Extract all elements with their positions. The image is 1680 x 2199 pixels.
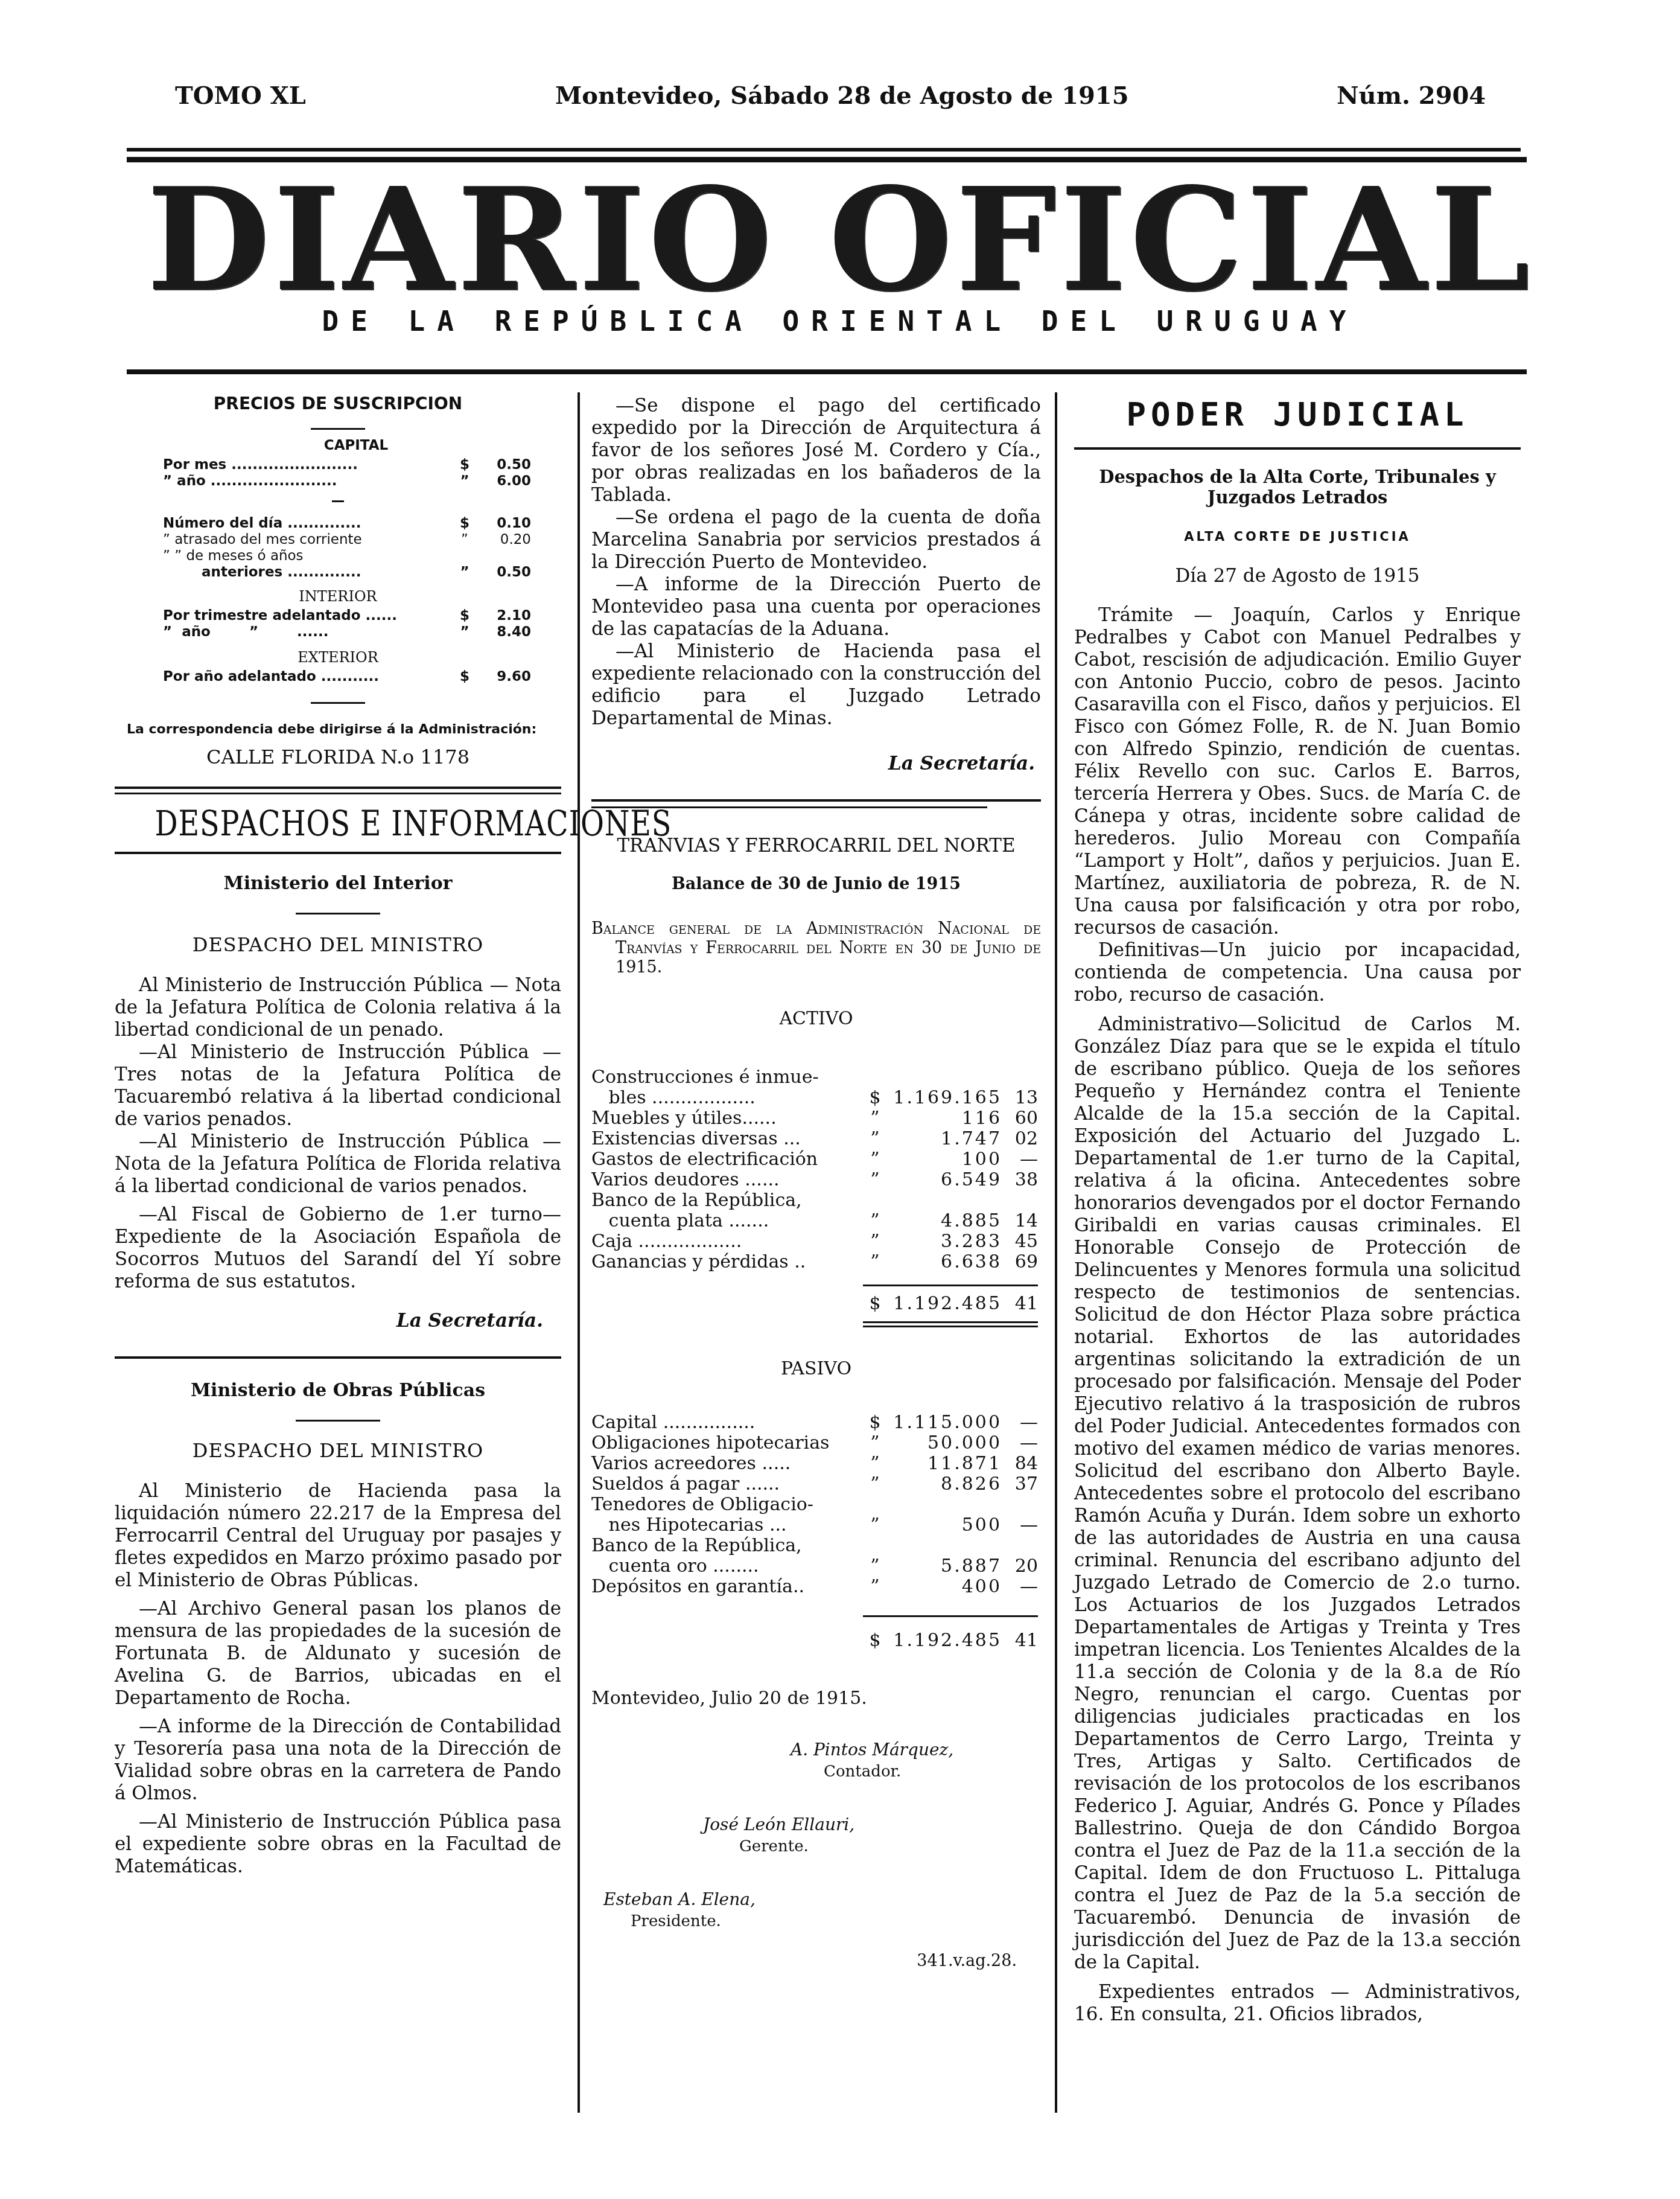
table-row: Banco de la República, <box>591 1190 1041 1211</box>
dispatch-paragraph: —A informe de la Dirección Puerto de Mon… <box>591 573 1041 640</box>
middle-column: —Se dispone el pago del certificado expe… <box>591 386 1041 1972</box>
signatory-role: Gerente. <box>703 1836 1041 1858</box>
signatory-contador: A. Pintos Márquez, Contador. <box>591 1738 1041 1783</box>
signatory-name: José León Ellauri, <box>703 1813 1041 1836</box>
dispatch-paragraph: Definitivas—Un juicio por incapacidad, c… <box>1074 939 1521 1006</box>
price-row: Por mes ........................$0.50 <box>163 457 531 473</box>
publication-reference: 341.v.ag.28. <box>591 1950 1041 1972</box>
table-row: Gastos de electrificación”100— <box>591 1149 1041 1170</box>
poder-judicial-subtitle: Despachos de la Alta Corte, Tribunales y… <box>1074 467 1521 508</box>
despacho-ministro-heading: DESPACHO DEL MINISTRO <box>115 1440 561 1462</box>
dispatch-paragraph: Trámite — Joaquín, Carlos y Enrique Pedr… <box>1074 604 1521 939</box>
pasivo-heading: PASIVO <box>591 1358 1041 1380</box>
activo-heading: ACTIVO <box>591 1007 1041 1030</box>
tranvias-title: TRANVIAS Y FERROCARRIL DEL NORTE <box>591 835 1041 857</box>
masthead-rule-lower <box>127 369 1527 374</box>
table-row: Ganancias y pérdidas ..”6.63869 <box>591 1252 1041 1272</box>
total-rule <box>863 1326 1038 1327</box>
volume-label: TOMO XL <box>175 81 306 110</box>
obras-dispatches-continued: —Se dispone el pago del certificado expe… <box>591 395 1041 730</box>
issue-price-list: Número del día ..............$0.10 ” atr… <box>115 502 561 581</box>
divider <box>311 428 365 430</box>
price-row: ” ” de meses ó años <box>163 548 531 564</box>
signatory-name: Esteban A. Elena, <box>603 1888 1041 1910</box>
issue-number: Núm. 2904 <box>1337 81 1486 110</box>
interior-price-list: Por trimestre adelantado ......$2.10 ” a… <box>115 608 561 640</box>
secretaria-signature: La Secretaría. <box>115 1310 561 1332</box>
interior-heading: INTERIOR <box>115 586 561 608</box>
section-rule <box>115 1356 561 1359</box>
table-row: Muebles y útiles......”11660 <box>591 1108 1041 1129</box>
court-day: Día 27 de Agosto de 1915 <box>1074 565 1521 587</box>
alta-corte-heading: ALTA CORTE DE JUSTICIA <box>1074 526 1521 548</box>
pasivo-total-row: $1.192.48541 <box>591 1630 1041 1651</box>
issue-meta-line: TOMO XL Montevideo, Sábado 28 de Agosto … <box>0 81 1680 118</box>
price-row: ” atrasado del mes corriente”0.20 <box>163 532 531 548</box>
balance-description: Balance general de la Administración Nac… <box>591 919 1041 977</box>
dispatch-paragraph: Al Ministerio de Hacienda pasa la liquid… <box>115 1480 561 1592</box>
correspondence-note: La correspondencia debe dirigirse á la A… <box>115 722 561 738</box>
capital-heading: CAPITAL <box>115 435 561 457</box>
section-title-despachos: DESPACHOS E INFORMACIONES <box>155 812 521 835</box>
ministry-interior-heading: Ministerio del Interior <box>115 872 561 895</box>
pasivo-table: Capital ................$1.115.000— Obli… <box>591 1412 1041 1651</box>
secretaria-signature: La Secretaría. <box>591 753 1041 775</box>
section-rule <box>115 793 561 794</box>
poder-judicial-title: PODER JUDICIAL <box>1074 403 1521 426</box>
dispatch-paragraph: —Al Ministerio de Instrucción Pública — … <box>115 1041 561 1131</box>
dispatch-paragraph: —A informe de la Dirección de Contabilid… <box>115 1715 561 1805</box>
total-rule <box>863 1321 1038 1323</box>
signatory-presidente: Esteban A. Elena, Presidente. <box>591 1888 1041 1933</box>
masthead-rule-top <box>127 148 1521 152</box>
table-row: Existencias diversas ...”1.74702 <box>591 1129 1041 1149</box>
table-row: Caja ..................”3.28345 <box>591 1231 1041 1252</box>
exterior-heading: EXTERIOR <box>115 646 561 669</box>
balance-date: Balance de 30 de Junio de 1915 <box>591 873 1041 895</box>
dispatch-paragraph: —Se dispone el pago del certificado expe… <box>591 395 1041 506</box>
table-row: Capital ................$1.115.000— <box>591 1412 1041 1433</box>
section-rule <box>591 806 987 808</box>
subscription-title: PRECIOS DE SUSCRIPCION <box>115 392 561 415</box>
section-rule <box>1074 447 1521 450</box>
table-row: Varios deudores ......”6.54938 <box>591 1170 1041 1190</box>
section-rule <box>115 852 561 854</box>
table-row: Construcciones é inmue- <box>591 1067 1041 1088</box>
table-row: cuenta oro ........”5.88720 <box>591 1556 1041 1577</box>
signatory-role: Contador. <box>791 1761 1041 1783</box>
signatory-gerente: José León Ellauri, Gerente. <box>591 1813 1041 1858</box>
divider <box>311 702 365 704</box>
divider <box>296 913 380 914</box>
ministry-obras-heading: Ministerio de Obras Públicas <box>115 1379 561 1402</box>
section-rule <box>591 799 1041 802</box>
dispatch-paragraph: —Al Ministerio de Instrucción Pública — … <box>115 1131 561 1198</box>
price-row: Por trimestre adelantado ......$2.10 <box>163 608 531 624</box>
price-row: Número del día ..............$0.10 <box>163 515 531 532</box>
price-row: Por año adelantado ...........$9.60 <box>163 669 531 685</box>
despacho-ministro-heading: DESPACHO DEL MINISTRO <box>115 934 561 956</box>
total-rule <box>863 1285 1038 1286</box>
dispatch-paragraph: —Al Fiscal de Gobierno de 1.er turno— Ex… <box>115 1204 561 1293</box>
price-row: ” año ........................”6.00 <box>163 473 531 490</box>
dispatch-paragraph: —Al Archivo General pasan los planos de … <box>115 1598 561 1709</box>
dispatch-paragraph: —Al Ministerio de Hacienda pasa el exped… <box>591 640 1041 730</box>
table-row: Tenedores de Obligacio- <box>591 1495 1041 1515</box>
interior-dispatches: Al Ministerio de Instrucción Pública — N… <box>115 974 561 1293</box>
obras-dispatches: Al Ministerio de Hacienda pasa la liquid… <box>115 1480 561 1878</box>
balance-place-date: Montevideo, Julio 20 de 1915. <box>591 1687 1041 1709</box>
table-row: Banco de la República, <box>591 1536 1041 1556</box>
table-row: cuenta plata .......”4.88514 <box>591 1211 1041 1231</box>
dispatch-paragraph: Expedientes entrados — Administrativos, … <box>1074 1981 1521 2026</box>
dispatch-paragraph: Al Ministerio de Instrucción Pública — N… <box>115 974 561 1041</box>
total-rule <box>863 1615 1038 1617</box>
masthead-title: DIARIO OFICIAL <box>0 169 1680 311</box>
court-dispatches: Trámite — Joaquín, Carlos y Enrique Pedr… <box>1074 604 1521 2026</box>
column-divider-left <box>577 392 580 2113</box>
table-row: Varios acreedores .....”11.87184 <box>591 1454 1041 1474</box>
dispatch-paragraph: —Al Ministerio de Instrucción Pública pa… <box>115 1811 561 1878</box>
divider <box>296 1420 380 1422</box>
price-row: ” año ” ......”8.40 <box>163 624 531 640</box>
price-row: anteriores ..............”0.50 <box>163 564 531 581</box>
administration-address: CALLE FLORIDA N.o 1178 <box>115 746 561 768</box>
signatory-name: A. Pintos Márquez, <box>791 1738 1041 1761</box>
table-row: Sueldos á pagar ......”8.82637 <box>591 1474 1041 1495</box>
exterior-price-list: Por año adelantado ...........$9.60 <box>115 669 561 685</box>
activo-total-row: $1.192.48541 <box>591 1294 1041 1314</box>
section-rule <box>115 787 561 789</box>
activo-table: Construcciones é inmue- bles ...........… <box>591 1067 1041 1327</box>
capital-price-list: Por mes ........................$0.50 ” … <box>115 457 561 490</box>
signatory-role: Presidente. <box>603 1910 1041 1933</box>
table-row: bles ..................$1.169.16513 <box>591 1088 1041 1108</box>
table-row: Obligaciones hipotecarias”50.000— <box>591 1433 1041 1454</box>
left-column: PRECIOS DE SUSCRIPCION CAPITAL Por mes .… <box>115 386 561 1878</box>
dispatch-paragraph: —Se ordena el pago de la cuenta de doña … <box>591 506 1041 573</box>
masthead-subtitle: DE LA REPÚBLICA ORIENTAL DEL URUGUAY <box>0 305 1680 337</box>
column-divider-right <box>1055 392 1057 2113</box>
right-column: PODER JUDICIAL Despachos de la Alta Cort… <box>1074 386 1521 2026</box>
table-row: nes Hipotecarias ...”500— <box>591 1515 1041 1536</box>
issue-date: Montevideo, Sábado 28 de Agosto de 1915 <box>555 81 1129 110</box>
table-row: Depósitos en garantía..”400— <box>591 1577 1041 1597</box>
dispatch-paragraph: Administrativo—Solicitud de Carlos M. Go… <box>1074 1013 1521 1974</box>
